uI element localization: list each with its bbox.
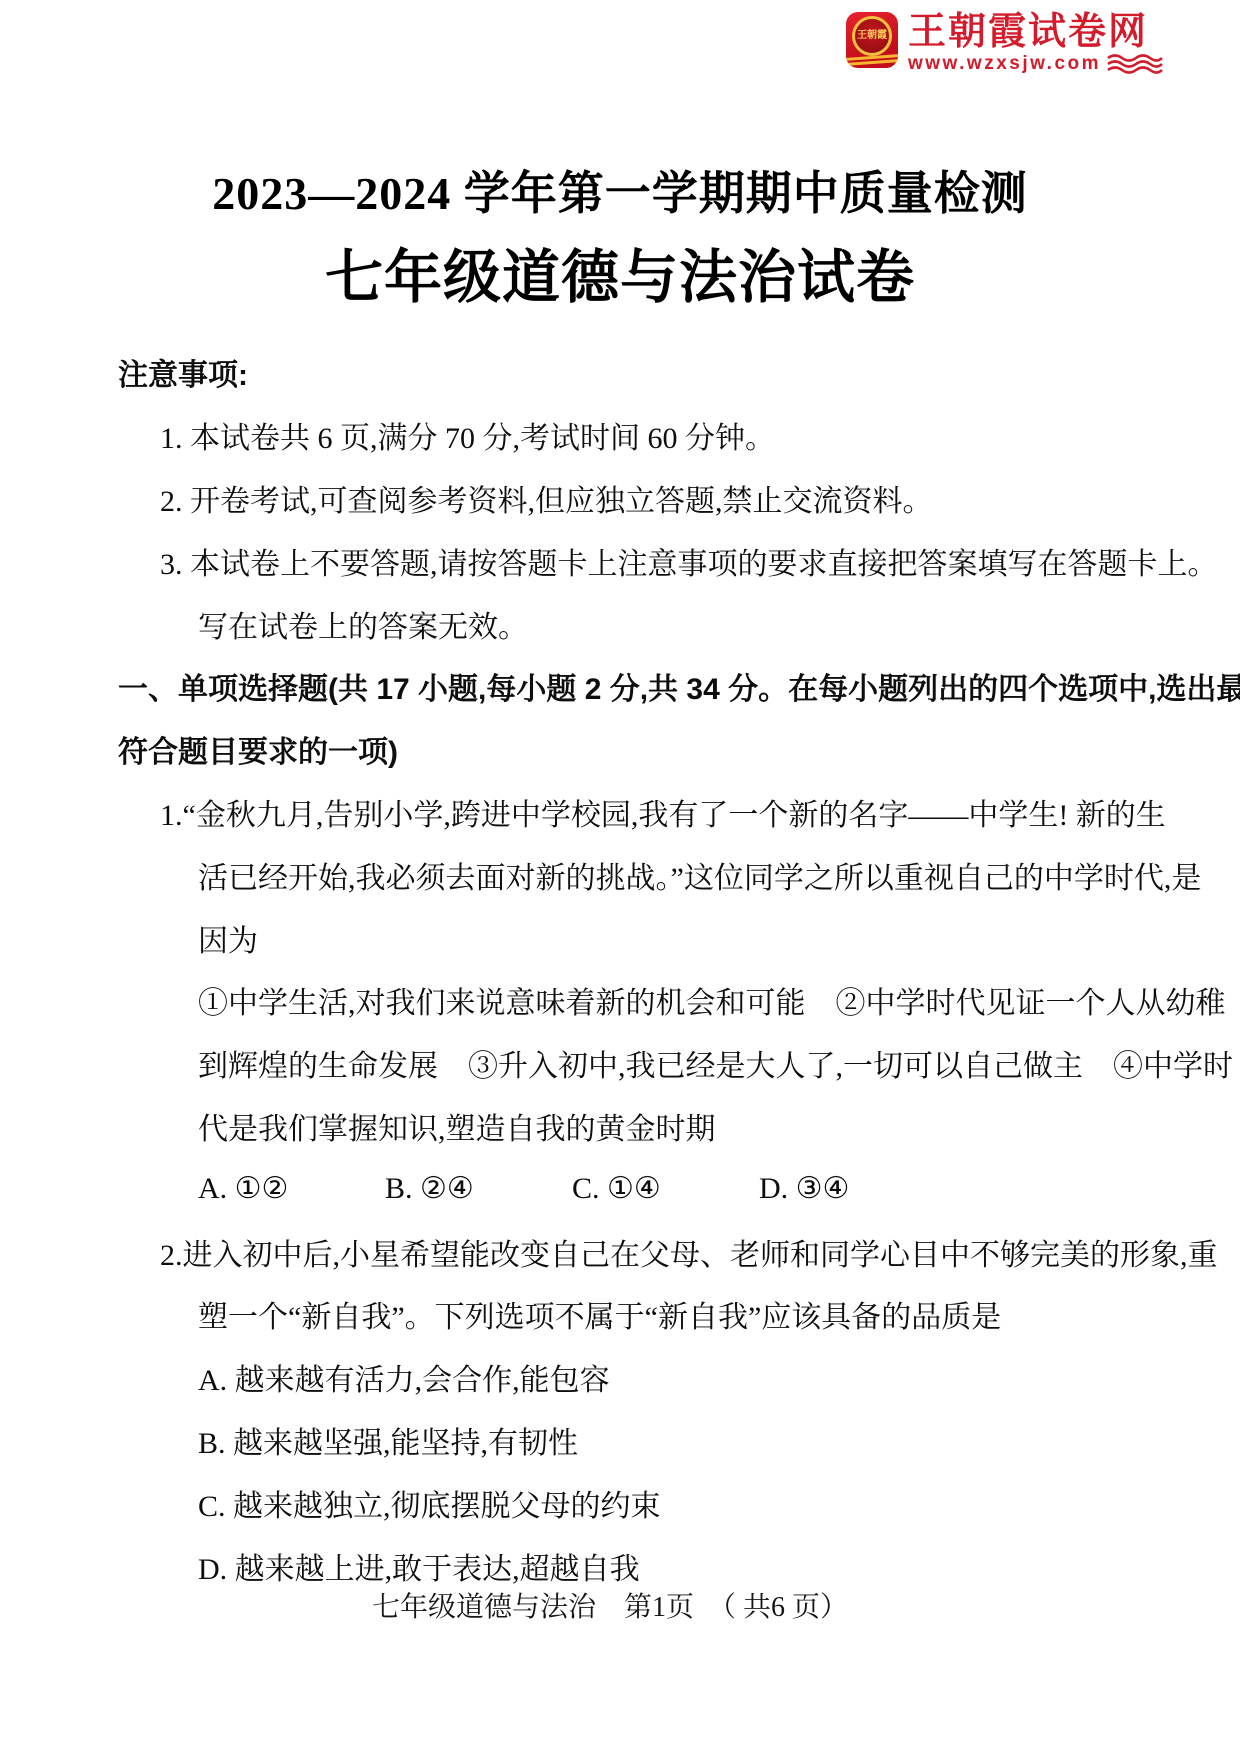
brand-name: 王朝霞试卷网 (908, 12, 1163, 52)
brand-app-icon: 王朝霞 (846, 12, 898, 68)
gold-stripes-icon (846, 53, 898, 64)
brand-emblem-text: 王朝霞 (857, 31, 887, 41)
question-2-option-a: A. 越来越有活力,会合作,能包容 (0, 1346, 1240, 1409)
answer-option: B. ②④ (385, 1171, 572, 1206)
wave-decoration-icon (1107, 54, 1163, 74)
page-footer: 七年级道德与法治 第1页 （ 共6 页） (0, 1592, 1220, 1624)
notice-item-2: 2. 开卷考试,可查阅参考资料,但应独立答题,禁止交流资料。 (0, 467, 1240, 530)
paper-title: 七年级道德与法治试卷 (0, 246, 1240, 310)
site-logo: 王朝霞 王朝霞试卷网 www.wzxsjw.com (846, 12, 1163, 75)
notice-item-3: 3. 本试卷上不要答题,请按答题卡上注意事项的要求直接把答案填写在答题卡上。 (0, 529, 1240, 592)
question-1-subitem-line-1: ①中学生活,对我们来说意味着新的机会和可能 ②中学时代见证一个人从幼稚 (0, 969, 1240, 1032)
notice-item-3-cont: 写在试卷上的答案无效。 (0, 592, 1240, 655)
question-1-options: A. ①②B. ②④C. ①④D. ③④ (0, 1157, 1240, 1220)
section-1-header-cont: 符合题目要求的一项) (0, 718, 1240, 781)
section-1-header: 一、单项选择题(共 17 小题,每小题 2 分,共 34 分。在每小题列出的四个… (0, 655, 1240, 718)
brand-text-block: 王朝霞试卷网 www.wzxsjw.com (908, 12, 1163, 75)
question-1-line-3: 因为 (0, 906, 1240, 969)
answer-option: D. ③④ (759, 1171, 849, 1206)
exam-paper-page: 王朝霞 王朝霞试卷网 www.wzxsjw.com 2023—2024 学年第一… (0, 0, 1240, 1754)
brand-emblem-icon: 王朝霞 (852, 16, 892, 56)
question-1-line-2: 活已经开始,我必须去面对新的挑战。”这位同学之所以重视自己的中学时代,是 (0, 843, 1240, 906)
answer-option: C. ①④ (572, 1171, 759, 1206)
exam-session-title: 2023—2024 学年第一学期期中质量检测 (0, 168, 1240, 220)
question-1-line-1: 1.“金秋九月,告别小学,跨进中学校园,我有了一个新的名字——中学生! 新的生 (0, 781, 1240, 844)
question-2-line-1: 2.进入初中后,小星希望能改变自己在父母、老师和同学心目中不够完美的形象,重 (0, 1220, 1240, 1283)
notice-item-1: 1. 本试卷共 6 页,满分 70 分,考试时间 60 分钟。 (0, 404, 1240, 467)
page-footer-text: 七年级道德与法治 第1页 （ 共6 页） (372, 1592, 848, 1623)
question-2-option-b: B. 越来越坚强,能坚持,有韧性 (0, 1409, 1240, 1472)
paper-body: 注意事项:1. 本试卷共 6 页,满分 70 分,考试时间 60 分钟。2. 开… (0, 341, 1240, 1597)
brand-website: www.wzxsjw.com (908, 53, 1101, 75)
title-block: 2023—2024 学年第一学期期中质量检测 七年级道德与法治试卷 (0, 168, 1240, 310)
question-2-line-2: 塑一个“新自我”。下列选项不属于“新自我”应该具备的品质是 (0, 1283, 1240, 1346)
notice-title: 注意事项: (0, 341, 1240, 404)
question-2-option-d: D. 越来越上进,敢于表达,超越自我 (0, 1534, 1240, 1597)
answer-option: A. ①② (198, 1171, 385, 1206)
brand-url-row: www.wzxsjw.com (908, 53, 1163, 75)
question-2-option-c: C. 越来越独立,彻底摆脱父母的约束 (0, 1471, 1240, 1534)
question-1-subitem-line-3: 代是我们掌握知识,塑造自我的黄金时期 (0, 1095, 1240, 1158)
question-1-subitem-line-2: 到辉煌的生命发展 ③升入初中,我已经是大人了,一切可以自己做主 ④中学时 (0, 1032, 1240, 1095)
